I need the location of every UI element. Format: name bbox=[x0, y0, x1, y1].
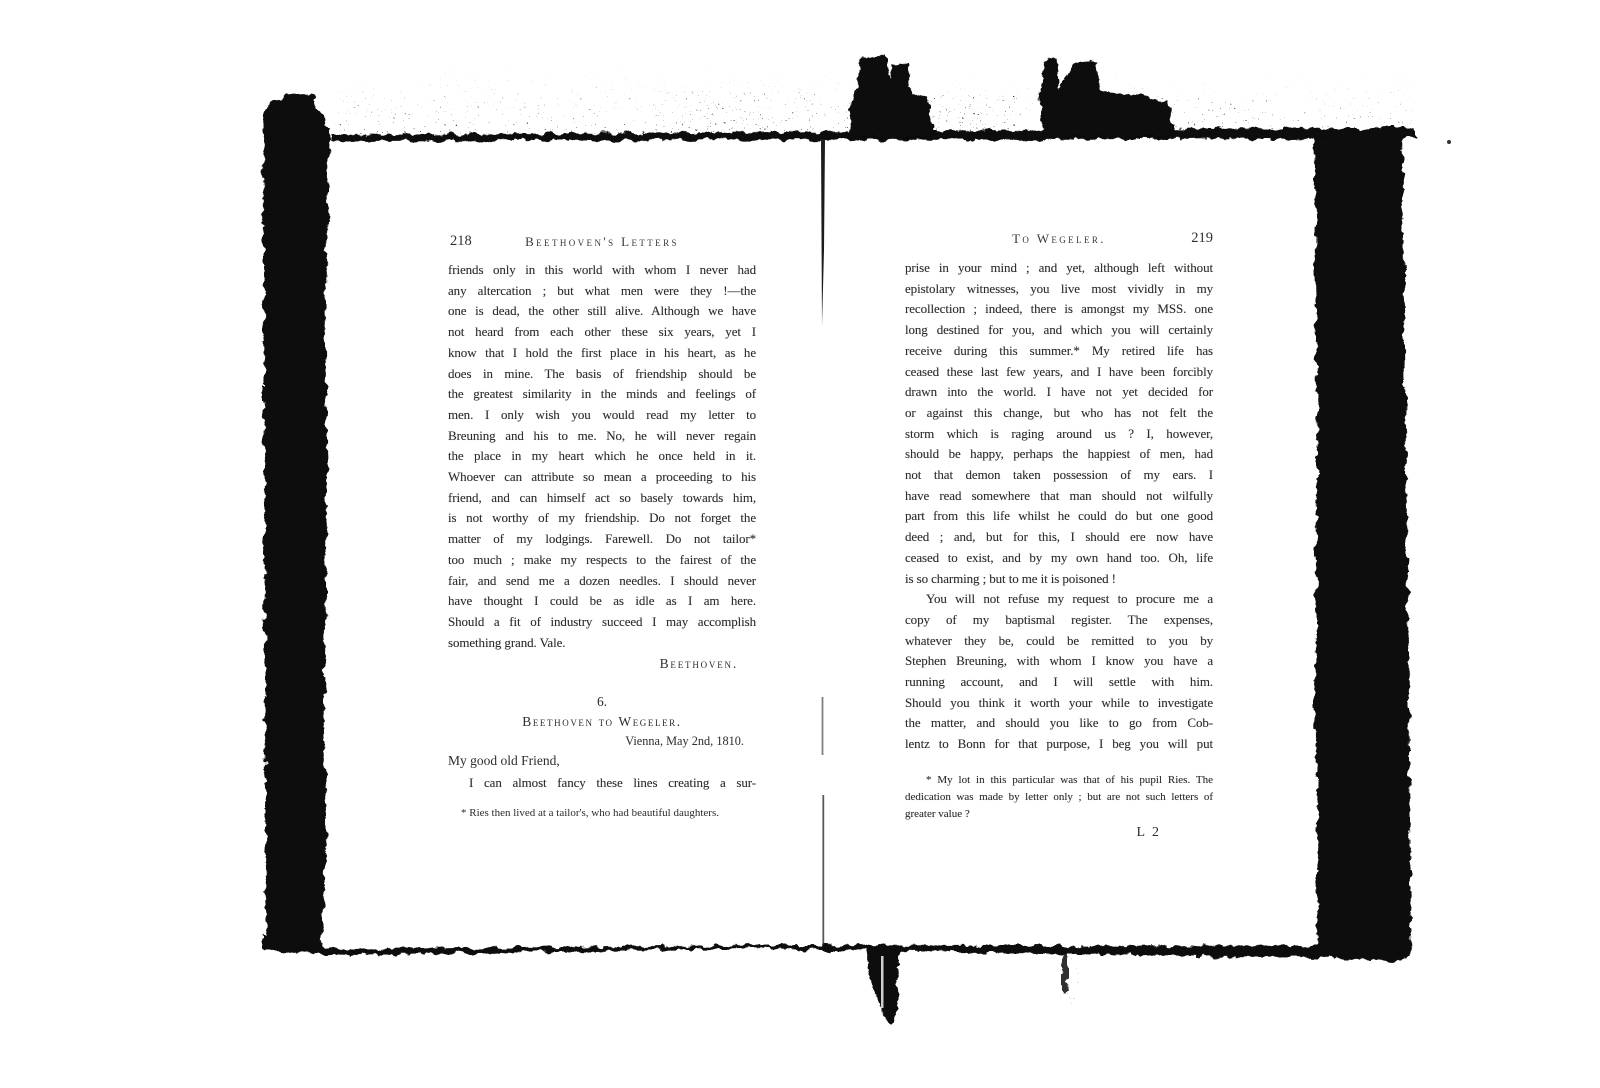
text-line: is not worthy of my friendship. Do not f… bbox=[448, 508, 756, 529]
signature-mark: L 2 bbox=[905, 825, 1213, 841]
text-line: not that demon taken possession of my ea… bbox=[905, 465, 1213, 486]
text-line: You will not refuse my request to procur… bbox=[905, 589, 1213, 610]
text-line: I can almost fancy these lines creating … bbox=[448, 773, 756, 794]
text-line: copy of my baptismal register. The expen… bbox=[905, 610, 1213, 631]
page-left: 218 Beethoven's Letters friends only in … bbox=[448, 0, 756, 1088]
left-ink-bar bbox=[263, 94, 330, 951]
text-line: ceased to exist, and by my own hand too.… bbox=[905, 548, 1213, 569]
spine-line-mid bbox=[822, 697, 824, 755]
section-title: Beethoven to Wegeler. bbox=[448, 714, 756, 730]
bottom-ink-drip-streak bbox=[881, 956, 884, 1008]
text-line: one is dead, the other still alive. Alth… bbox=[448, 301, 756, 322]
text-line: too much ; make my respects to the faire… bbox=[448, 550, 756, 571]
text-line: Should a fit of industry succeed I may a… bbox=[448, 612, 756, 633]
page-number-right: 219 bbox=[1191, 230, 1213, 247]
text-line: greater value ? bbox=[905, 806, 1213, 823]
text-line: men. I only wish you would read my lette… bbox=[448, 405, 756, 426]
stray-ink-dot bbox=[1447, 140, 1451, 144]
bottom-ink-drip-center bbox=[867, 949, 899, 1024]
text-line: part from this life whilst he could do b… bbox=[905, 506, 1213, 527]
letter-body-left: friends only in this world with whom I n… bbox=[448, 260, 756, 653]
text-line: Breuning and his to me. No, he will neve… bbox=[448, 426, 756, 447]
running-title-left: Beethoven's Letters bbox=[448, 234, 756, 250]
text-line: friends only in this world with whom I n… bbox=[448, 260, 756, 281]
text-line: recollection ; indeed, there is amongst … bbox=[905, 299, 1213, 320]
letter-dateline: Vienna, May 2nd, 1810. bbox=[448, 734, 756, 749]
page-number-left: 218 bbox=[450, 233, 472, 250]
section-number: 6. bbox=[448, 694, 756, 710]
right-ink-bar bbox=[1314, 127, 1412, 962]
running-title-right: To Wegeler. bbox=[905, 231, 1213, 247]
letter-signature: Beethoven. bbox=[448, 656, 756, 672]
spine-line-top bbox=[821, 139, 825, 326]
text-line: does in mine. The basis of friendship sh… bbox=[448, 364, 756, 385]
text-line: receive during this summer.* My retired … bbox=[905, 341, 1213, 362]
text-line: not heard from each other these six year… bbox=[448, 322, 756, 343]
text-line: epistolary witnesses, you live most vivi… bbox=[905, 279, 1213, 300]
spine-line-bottom bbox=[822, 795, 824, 945]
text-line: Should you think it worth your while to … bbox=[905, 693, 1213, 714]
text-line: whatever they be, could be remitted to y… bbox=[905, 631, 1213, 652]
text-line: matter of my lodgings. Farewell. Do not … bbox=[448, 529, 756, 550]
text-line: any altercation ; but what men were they… bbox=[448, 281, 756, 302]
text-line: have read somewhere that man should not … bbox=[905, 486, 1213, 507]
text-line: drawn into the world. I have not yet dec… bbox=[905, 382, 1213, 403]
footnote-left-text: * Ries then lived at a tailor's, who had… bbox=[448, 805, 756, 822]
text-line: know that I hold the first place in his … bbox=[448, 343, 756, 364]
letter-opening-line: I can almost fancy these lines creating … bbox=[448, 773, 756, 794]
text-line: friend, and can himself act so basely to… bbox=[448, 488, 756, 509]
text-line: prise in your mind ; and yet, although l… bbox=[905, 258, 1213, 279]
text-line: the greatest similarity in the minds and… bbox=[448, 384, 756, 405]
book-scan-spread: 218 Beethoven's Letters friends only in … bbox=[0, 0, 1600, 1088]
text-line: the matter, and should you like to go fr… bbox=[905, 713, 1213, 734]
text-line: the place in my heart which he once held… bbox=[448, 446, 756, 467]
page-left-header: 218 Beethoven's Letters bbox=[448, 234, 756, 252]
text-line: Stephen Breuning, with whom I know you h… bbox=[905, 651, 1213, 672]
footnote-right: * My lot in this particular was that of … bbox=[905, 772, 1213, 822]
letter-body-right: prise in your mind ; and yet, although l… bbox=[905, 258, 1213, 755]
text-line: fair, and send me a dozen needles. I sho… bbox=[448, 571, 756, 592]
text-line: dedication was made by letter only ; but… bbox=[905, 789, 1213, 806]
footnote-left: * Ries then lived at a tailor's, who had… bbox=[448, 805, 756, 822]
text-line: is so charming ; but to me it is poisone… bbox=[905, 569, 1213, 590]
text-line: have thought I could be as idle as I am … bbox=[448, 591, 756, 612]
text-line: running account, and I will settle with … bbox=[905, 672, 1213, 693]
text-line: Whoever can attribute so mean a proceedi… bbox=[448, 467, 756, 488]
text-line: or against this change, but who has not … bbox=[905, 403, 1213, 424]
text-line: * My lot in this particular was that of … bbox=[905, 772, 1213, 789]
page-right: To Wegeler. 219 prise in your mind ; and… bbox=[905, 0, 1213, 1088]
text-line: storm which is raging around us ? I, how… bbox=[905, 424, 1213, 445]
letter-salutation: My good old Friend, bbox=[448, 753, 756, 769]
text-line: lentz to Bonn for that purpose, I beg yo… bbox=[905, 734, 1213, 755]
text-line: should be happy, perhaps the happiest of… bbox=[905, 444, 1213, 465]
text-line: deed ; and, but for this, I should ere n… bbox=[905, 527, 1213, 548]
text-line: long destined for you, and which you wil… bbox=[905, 320, 1213, 341]
text-line: ceased these last few years, and I have … bbox=[905, 362, 1213, 383]
scan-ink-artifacts bbox=[0, 0, 1600, 1088]
text-line: something grand. Vale. bbox=[448, 633, 756, 654]
page-right-header: To Wegeler. 219 bbox=[905, 231, 1213, 249]
